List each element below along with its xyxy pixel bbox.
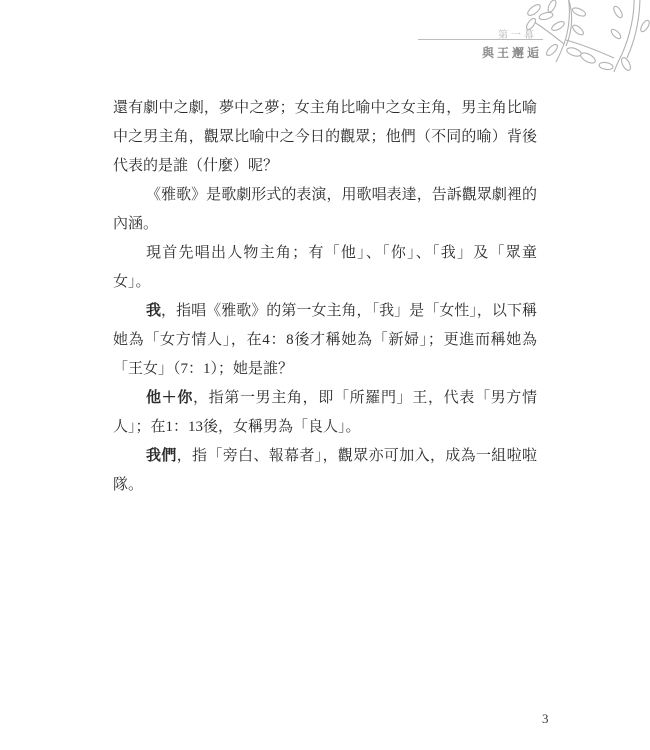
paragraph: 現首先唱出人物主角；有「他」、「你」、「我」及「眾童女」。 bbox=[113, 239, 537, 297]
paragraph-lead: 我們 bbox=[146, 448, 177, 464]
book-page: 第一幕 與王邂逅 還有劇中之劇，夢中之夢；女主角比喻中之女主角，男主角比喻中之男… bbox=[0, 0, 650, 750]
body-text: 還有劇中之劇，夢中之夢；女主角比喻中之女主角，男主角比喻中之男主角，觀眾比喻中之… bbox=[113, 94, 537, 500]
paragraph: 《雅歌》是歌劇形式的表演，用歌唱表達，告訴觀眾劇裡的內涵。 bbox=[113, 181, 537, 239]
paragraph-lead: 我 bbox=[146, 303, 161, 319]
branch-decoration-icon bbox=[522, 0, 650, 72]
paragraph: 我們，指「旁白、報幕者」，觀眾亦可加入，成為一組啦啦隊。 bbox=[113, 442, 537, 500]
paragraph: 我，指唱《雅歌》的第一女主角，「我」是「女性」，以下稱她為「女方情人」，在4：8… bbox=[113, 297, 537, 384]
page-number: 3 bbox=[542, 711, 549, 727]
header-section-title: 與王邂逅 bbox=[482, 44, 542, 61]
paragraph: 還有劇中之劇，夢中之夢；女主角比喻中之女主角，男主角比喻中之男主角，觀眾比喻中之… bbox=[113, 94, 537, 181]
paragraph: 他＋你，指第一男主角，即「所羅門」王，代表「男方情人」；在1：13後，女稱男為「… bbox=[113, 384, 537, 442]
paragraph-lead: 他＋你 bbox=[146, 390, 193, 406]
header-rule bbox=[418, 39, 543, 40]
